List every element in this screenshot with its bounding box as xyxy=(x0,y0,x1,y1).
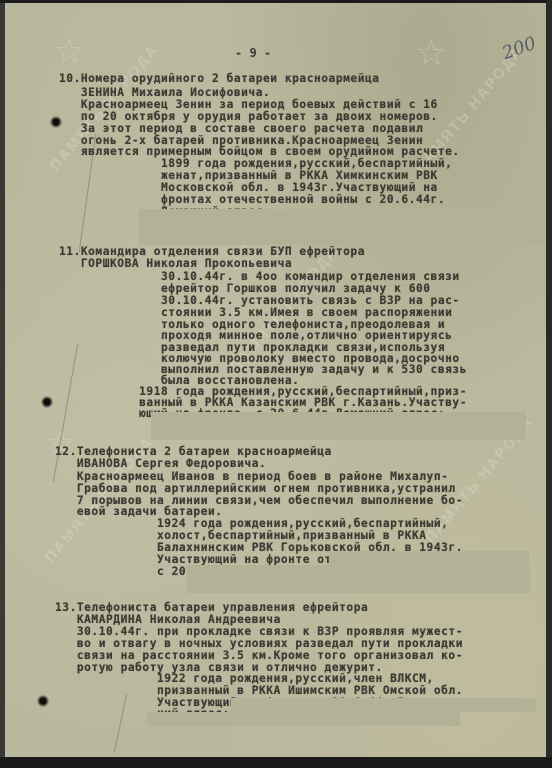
page-number: - 9 - xyxy=(235,46,271,60)
entry-heading: 10.Номера орудийного 2 батареи красноарм… xyxy=(59,73,380,85)
watermark-star-icon: ☆ xyxy=(415,33,447,74)
redacted-address xyxy=(147,712,460,726)
redacted-address xyxy=(139,209,545,245)
redacted-address xyxy=(231,698,536,712)
scan-border-bottom xyxy=(0,757,552,768)
entry-person-name: ГОРШКОВА Николая Прокопьевича xyxy=(59,258,292,270)
punch-hole xyxy=(37,695,49,707)
watermark-star-icon: ☆ xyxy=(53,31,85,72)
entry-person-name: ИВАНОВА Сергея Федоровича. xyxy=(55,458,266,470)
scan-border-right xyxy=(546,0,552,768)
redacted-address xyxy=(151,412,526,440)
redacted-address xyxy=(329,551,529,565)
document-page: ☆ ПАМЯТЬ НАРОДА ☆ ПАМЯТЬ НАРОДА ☆ ПАМЯТЬ… xyxy=(5,3,546,757)
handwritten-number: 200 xyxy=(499,33,538,64)
redacted-address xyxy=(187,565,530,593)
punch-hole xyxy=(41,396,53,408)
